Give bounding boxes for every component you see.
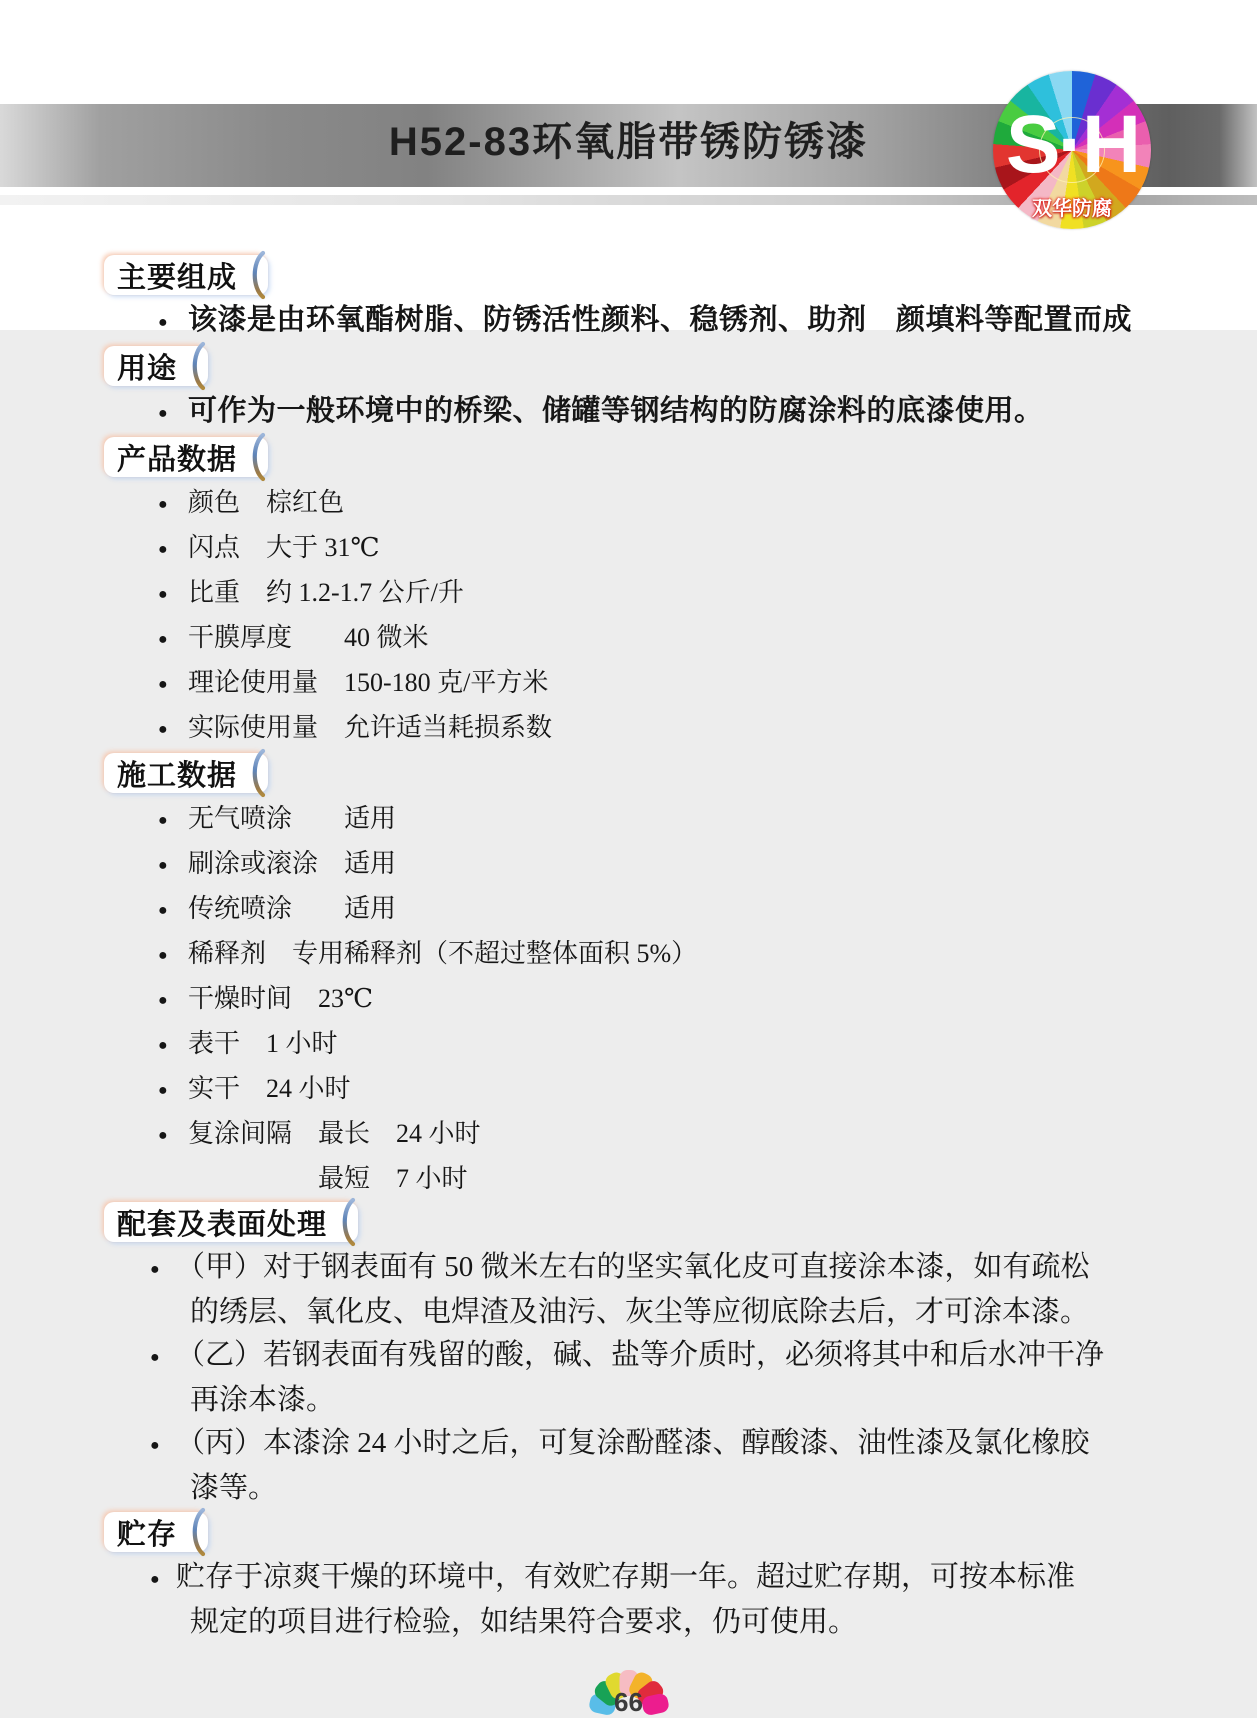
bullet-icon: ●	[158, 799, 188, 842]
bullet-icon: ●	[150, 1558, 176, 1601]
section-items: ●贮存于凉爽干燥的环境中，有效贮存期一年。超过贮存期，可按本标准规定的项目进行检…	[0, 1556, 1257, 1644]
section: 产品数据 ●颜色 棕红色●闪点 大于 31℃●比重 约 1.2-1.7 公斤/升…	[0, 435, 1257, 751]
page-number: 66	[614, 1687, 643, 1718]
item-line: ●颜色 棕红色	[0, 481, 1257, 526]
list-item: ●干燥时间 23℃	[0, 977, 1257, 1022]
bullet-icon: ●	[158, 1114, 188, 1157]
item-line: ●传统喷涂 适用	[0, 887, 1257, 932]
bullet-icon: ●	[158, 573, 188, 616]
section-heading-tab: 施工数据	[104, 753, 268, 793]
list-item: ●贮存于凉爽干燥的环境中，有效贮存期一年。超过贮存期，可按本标准规定的项目进行检…	[0, 1556, 1257, 1644]
list-item: ●无气喷涂 适用	[0, 797, 1257, 842]
section: 配套及表面处理 ●（甲）对于钢表面有 50 微米左右的坚实氧化皮可直接涂本漆，如…	[0, 1200, 1257, 1510]
item-line: ●表干 1 小时	[0, 1022, 1257, 1067]
open-paren-icon	[184, 1507, 206, 1557]
section-items: ●（甲）对于钢表面有 50 微米左右的坚实氧化皮可直接涂本漆，如有疏松的绣层、氧…	[0, 1246, 1257, 1510]
list-item: ●表干 1 小时	[0, 1022, 1257, 1067]
item-line: ●稀释剂 专用稀释剂（不超过整体面积 5%）	[0, 932, 1257, 977]
item-line: ●实际使用量 允许适当耗损系数	[0, 706, 1257, 751]
item-line: ●刷涂或滚涂 适用	[0, 842, 1257, 887]
section: 施工数据 ●无气喷涂 适用●刷涂或滚涂 适用●传统喷涂 适用●稀释剂 专用稀释剂…	[0, 751, 1257, 1200]
bullet-icon: ●	[150, 1248, 176, 1291]
item-line: ●复涂间隔 最长 24 小时	[0, 1112, 1257, 1157]
item-line: 漆等。	[0, 1467, 1257, 1510]
sections: 主要组成 ●该漆是由环氧酯树脂、防锈活性颜料、稳锈剂、助剂 颜填料等配置而成用途…	[0, 255, 1257, 1718]
item-line: 规定的项目进行检验，如结果符合要求，仍可使用。	[0, 1601, 1257, 1644]
section-heading-tab: 用途	[104, 346, 208, 386]
section-items: ●无气喷涂 适用●刷涂或滚涂 适用●传统喷涂 适用●稀释剂 专用稀释剂（不超过整…	[0, 797, 1257, 1200]
item-line: ●闪点 大于 31℃	[0, 526, 1257, 571]
bullet-icon: ●	[158, 979, 188, 1022]
item-line: 的绣层、氧化皮、电焊渣及油污、灰尘等应彻底除去后，才可涂本漆。	[0, 1291, 1257, 1334]
bullet-icon: ●	[158, 1024, 188, 1067]
bullet-icon: ●	[158, 934, 188, 977]
bullet-icon: ●	[158, 483, 188, 526]
section-items: ●颜色 棕红色●闪点 大于 31℃●比重 约 1.2-1.7 公斤/升●干膜厚度…	[0, 481, 1257, 751]
list-item: ●（丙）本漆涂 24 小时之后，可复涂酚醛漆、醇酸漆、油性漆及氯化橡胶漆等。	[0, 1422, 1257, 1510]
bullet-icon: ●	[150, 1424, 176, 1467]
list-item: ●（乙）若钢表面有残留的酸，碱、盐等介质时，必须将其中和后水冲干净再涂本漆。	[0, 1334, 1257, 1422]
list-item: ●（甲）对于钢表面有 50 微米左右的坚实氧化皮可直接涂本漆，如有疏松的绣层、氧…	[0, 1246, 1257, 1334]
bullet-icon: ●	[158, 528, 188, 571]
section-heading: 配套及表面处理	[117, 1202, 327, 1243]
logo-caption: 双华防腐	[993, 192, 1151, 221]
section-heading-tab: 产品数据	[104, 437, 268, 477]
bullet-icon: ●	[158, 618, 188, 661]
list-item: ●传统喷涂 适用	[0, 887, 1257, 932]
bullet-icon: ●	[158, 663, 188, 706]
list-item: ●实际使用量 允许适当耗损系数	[0, 706, 1257, 751]
item-line: ●贮存于凉爽干燥的环境中，有效贮存期一年。超过贮存期，可按本标准	[0, 1556, 1257, 1601]
open-paren-icon	[244, 432, 266, 482]
item-line: ●干膜厚度 40 微米	[0, 616, 1257, 661]
section-heading: 贮存	[117, 1512, 177, 1553]
section: 主要组成 ●该漆是由环氧酯树脂、防锈活性颜料、稳锈剂、助剂 颜填料等配置而成	[0, 255, 1257, 344]
bullet-icon: ●	[158, 889, 188, 932]
section-heading: 主要组成	[117, 255, 237, 296]
item-line: ●实干 24 小时	[0, 1067, 1257, 1112]
open-paren-icon	[244, 748, 266, 798]
bullet-icon: ●	[158, 392, 188, 435]
list-item: ●比重 约 1.2-1.7 公斤/升	[0, 571, 1257, 616]
page-root: H52-83环氧脂带锈防锈漆 S·H 双华防腐 主要组成 ●该漆是由环氧酯树脂、…	[0, 0, 1257, 1718]
list-item: ●闪点 大于 31℃	[0, 526, 1257, 571]
list-item: ●复涂间隔 最长 24 小时 最短 7 小时	[0, 1112, 1257, 1200]
section-heading-tab: 配套及表面处理	[104, 1202, 358, 1242]
item-line: ●该漆是由环氧酯树脂、防锈活性颜料、稳锈剂、助剂 颜填料等配置而成	[0, 299, 1257, 344]
item-line: ●干燥时间 23℃	[0, 977, 1257, 1022]
page-footer: 66	[581, 1658, 677, 1718]
item-line: ●（乙）若钢表面有残留的酸，碱、盐等介质时，必须将其中和后水冲干净	[0, 1334, 1257, 1379]
bullet-icon: ●	[158, 708, 188, 751]
item-line: ●（甲）对于钢表面有 50 微米左右的坚实氧化皮可直接涂本漆，如有疏松	[0, 1246, 1257, 1291]
list-item: ●刷涂或滚涂 适用	[0, 842, 1257, 887]
company-logo: S·H 双华防腐	[993, 71, 1151, 229]
list-item: ●可作为一般环境中的桥梁、储罐等钢结构的防腐涂料的底漆使用。	[0, 390, 1257, 435]
open-paren-icon	[184, 341, 206, 391]
item-line: 再涂本漆。	[0, 1379, 1257, 1422]
section: 贮存 ●贮存于凉爽干燥的环境中，有效贮存期一年。超过贮存期，可按本标准规定的项目…	[0, 1510, 1257, 1644]
item-line: ●可作为一般环境中的桥梁、储罐等钢结构的防腐涂料的底漆使用。	[0, 390, 1257, 435]
section-heading-tab: 主要组成	[104, 255, 268, 295]
list-item: ●理论使用量 150-180 克/平方米	[0, 661, 1257, 706]
open-paren-icon	[334, 1197, 356, 1247]
item-line: ●无气喷涂 适用	[0, 797, 1257, 842]
section-heading: 施工数据	[117, 753, 237, 794]
list-item: ●实干 24 小时	[0, 1067, 1257, 1112]
list-item: ●该漆是由环氧酯树脂、防锈活性颜料、稳锈剂、助剂 颜填料等配置而成	[0, 299, 1257, 344]
section-heading: 用途	[117, 346, 177, 387]
item-line: 最短 7 小时	[0, 1157, 1257, 1200]
item-line: ●理论使用量 150-180 克/平方米	[0, 661, 1257, 706]
bullet-icon: ●	[158, 844, 188, 887]
section-items: ●该漆是由环氧酯树脂、防锈活性颜料、稳锈剂、助剂 颜填料等配置而成	[0, 299, 1257, 344]
bullet-icon: ●	[150, 1336, 176, 1379]
list-item: ●颜色 棕红色	[0, 481, 1257, 526]
bullet-icon: ●	[158, 301, 188, 344]
bullet-icon: ●	[158, 1069, 188, 1112]
section: 用途 ●可作为一般环境中的桥梁、储罐等钢结构的防腐涂料的底漆使用。	[0, 344, 1257, 435]
section-items: ●可作为一般环境中的桥梁、储罐等钢结构的防腐涂料的底漆使用。	[0, 390, 1257, 435]
list-item: ●稀释剂 专用稀释剂（不超过整体面积 5%）	[0, 932, 1257, 977]
section-heading-tab: 贮存	[104, 1512, 208, 1552]
item-line: ●比重 约 1.2-1.7 公斤/升	[0, 571, 1257, 616]
section-heading: 产品数据	[117, 437, 237, 478]
item-line: ●（丙）本漆涂 24 小时之后，可复涂酚醛漆、醇酸漆、油性漆及氯化橡胶	[0, 1422, 1257, 1467]
list-item: ●干膜厚度 40 微米	[0, 616, 1257, 661]
open-paren-icon	[244, 250, 266, 300]
